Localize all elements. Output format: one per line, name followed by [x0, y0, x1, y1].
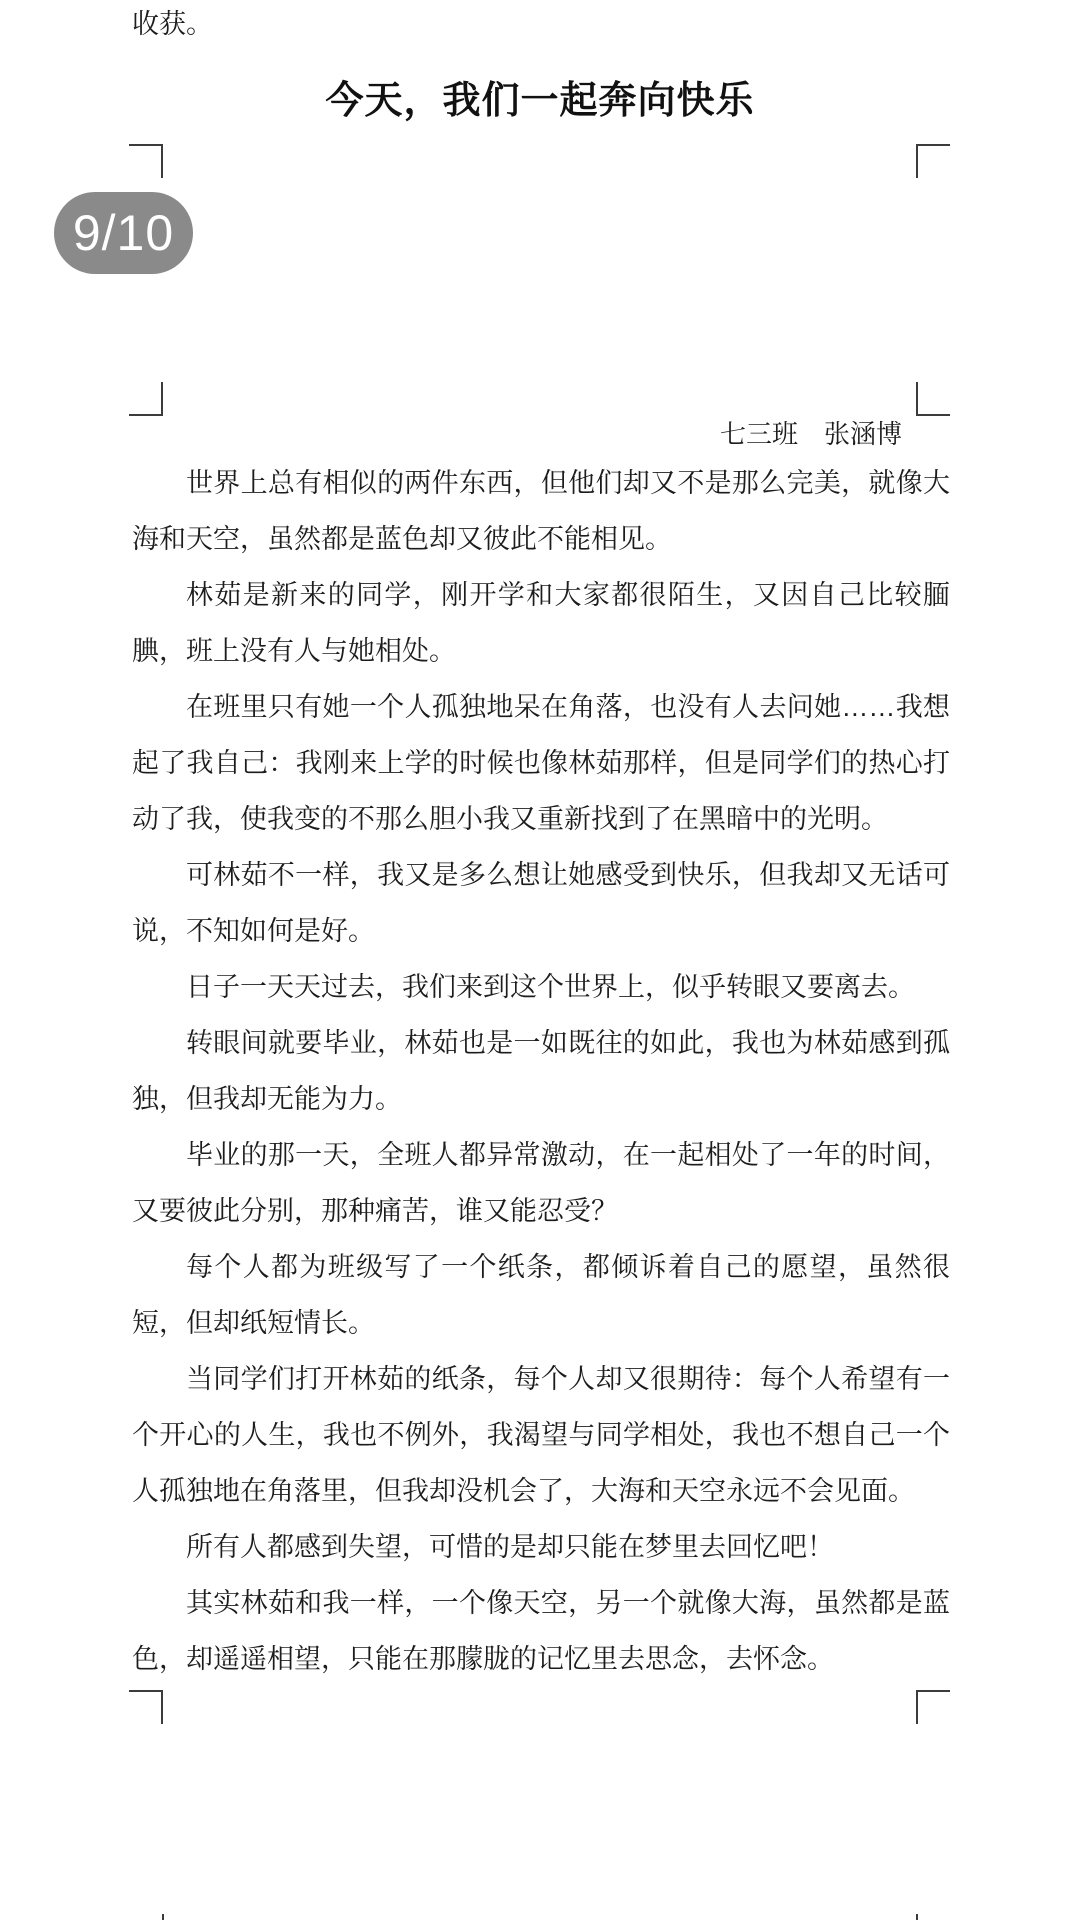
paragraph: 其实林茹和我一样，一个像天空，另一个就像大海，虽然都是蓝色，却遥遥相望，只能在那… [132, 1575, 950, 1687]
essay-title: 今天，我们一起奔向快乐 [0, 69, 1080, 124]
paragraph: 可林茹不一样，我又是多么想让她感受到快乐，但我却又无话可说，不知如何是好。 [132, 847, 950, 959]
paragraph: 日子一天天过去，我们来到这个世界上，似乎转眼又要离去。 [132, 959, 950, 1015]
crop-mark-edge-tick-left-icon [162, 1914, 164, 1920]
crop-mark-bottom-right-icon [916, 1690, 950, 1724]
crop-mark-mid-right-icon [916, 382, 950, 416]
crop-mark-top-left-icon [129, 144, 163, 178]
paragraph: 世界上总有相似的两件东西，但他们却又不是那么完美，就像大海和天空，虽然都是蓝色却… [132, 455, 950, 567]
page-number-badge: 9/10 [54, 192, 193, 274]
crop-mark-bottom-left-icon [129, 1690, 163, 1724]
paragraph: 所有人都感到失望，可惜的是却只能在梦里去回忆吧！ [132, 1519, 950, 1575]
paragraph: 每个人都为班级写了一个纸条，都倾诉着自己的愿望，虽然很短，但却纸短情长。 [132, 1239, 950, 1351]
essay-body: 世界上总有相似的两件东西，但他们却又不是那么完美，就像大海和天空，虽然都是蓝色却… [132, 455, 950, 1687]
paragraph: 毕业的那一天，全班人都异常激动，在一起相处了一年的时间，又要彼此分别，那种痛苦，… [132, 1127, 950, 1239]
author-byline: 七三班 张涵博 [132, 414, 950, 451]
previous-page-fragment: 收获。 [132, 6, 213, 42]
crop-mark-top-right-icon [916, 144, 950, 178]
paragraph: 当同学们打开林茹的纸条，每个人却又很期待：每个人希望有一个开心的人生，我也不例外… [132, 1351, 950, 1519]
paragraph: 转眼间就要毕业，林茹也是一如既往的如此，我也为林茹感到孤独，但我却无能为力。 [132, 1015, 950, 1127]
paragraph: 林茹是新来的同学，刚开学和大家都很陌生，又因自己比较腼腆，班上没有人与她相处。 [132, 567, 950, 679]
crop-mark-edge-tick-right-icon [916, 1914, 918, 1920]
paragraph: 在班里只有她一个人孤独地呆在角落，也没有人去问她……我想起了我自己：我刚来上学的… [132, 679, 950, 847]
crop-mark-mid-left-icon [129, 382, 163, 416]
